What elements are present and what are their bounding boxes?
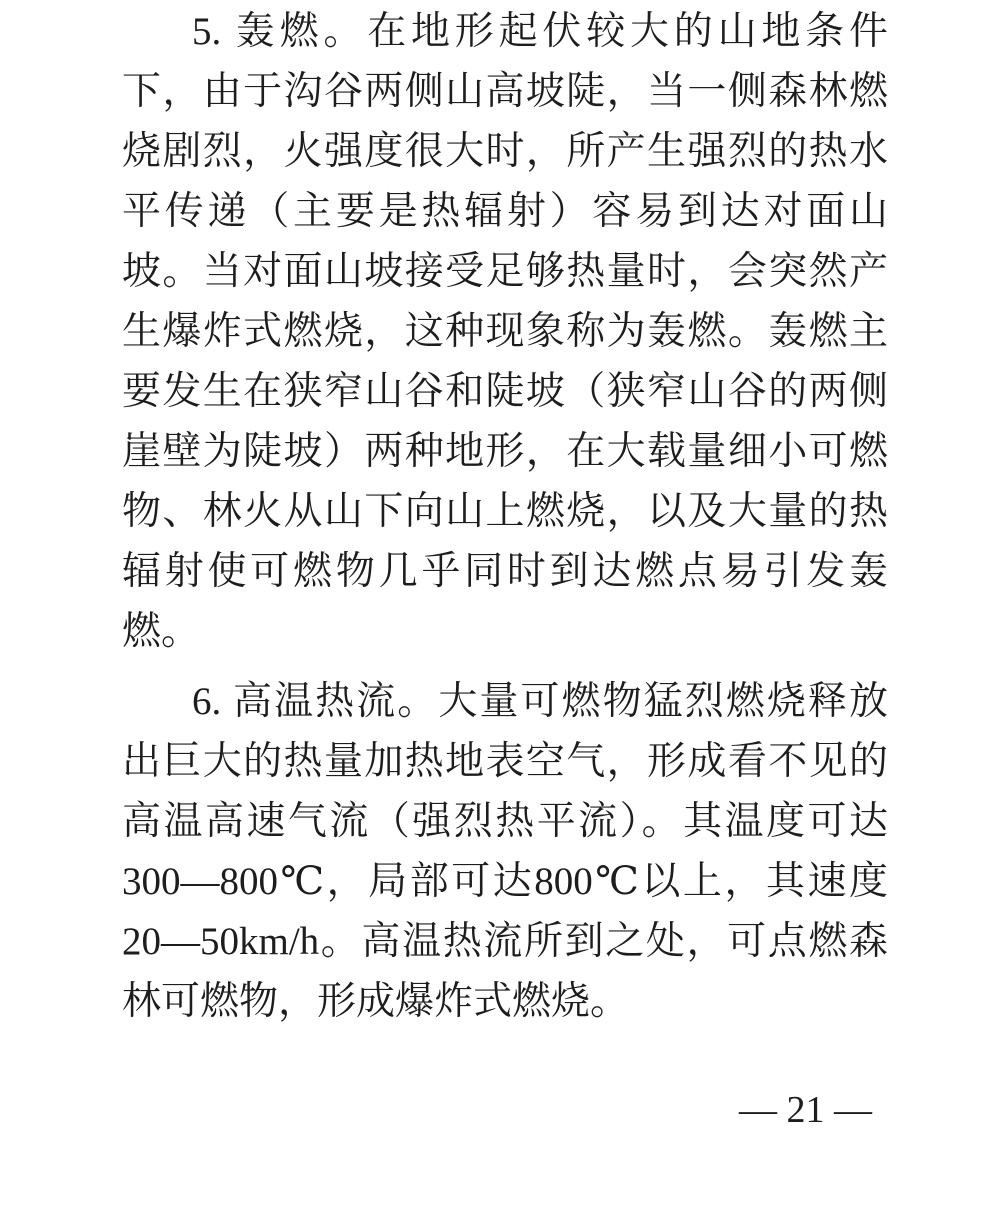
text-line: 出巨大的热量加热地表空气，形成看不见的	[122, 732, 888, 792]
text-line: 崖壁为陡坡）两种地形，在大载量细小可燃	[122, 422, 888, 482]
text-line: 烧剧烈，火强度很大时，所产生强烈的热水	[122, 122, 888, 182]
text-line: 高温高速气流（强烈热平流）。其温度可达	[122, 792, 888, 852]
text-line: 林可燃物，形成爆炸式燃烧。	[122, 972, 888, 1032]
document-page: 5. 轰燃。在地形起伏较大的山地条件下，由于沟谷两侧山高坡陡，当一侧森林燃烧剧烈…	[0, 0, 1000, 1231]
text-line: 5. 轰燃。在地形起伏较大的山地条件	[122, 2, 888, 62]
text-line: 燃。	[122, 602, 888, 662]
text-line: 生爆炸式燃烧，这种现象称为轰燃。轰燃主	[122, 302, 888, 362]
text-line: 平传递（主要是热辐射）容易到达对面山	[122, 182, 888, 242]
text-line: 300—800℃，局部可达800℃以上，其速度达	[122, 852, 888, 912]
text-line: 20—50km/h。高温热流所到之处，可点燃森	[122, 912, 888, 972]
text-line: 物、林火从山下向山上燃烧，以及大量的热	[122, 482, 888, 542]
text-line: 6. 高温热流。大量可燃物猛烈燃烧释放	[122, 672, 888, 732]
page-number: — 21 —	[739, 1089, 872, 1131]
text-line: 下，由于沟谷两侧山高坡陡，当一侧森林燃	[122, 62, 888, 122]
text-line: 要发生在狭窄山谷和陡坡（狭窄山谷的两侧	[122, 362, 888, 422]
paragraph-6-heat-flow: 6. 高温热流。大量可燃物猛烈燃烧释放出巨大的热量加热地表空气，形成看不见的高温…	[122, 672, 888, 1032]
paragraph-5-flashover: 5. 轰燃。在地形起伏较大的山地条件下，由于沟谷两侧山高坡陡，当一侧森林燃烧剧烈…	[122, 2, 888, 662]
text-block: 5. 轰燃。在地形起伏较大的山地条件下，由于沟谷两侧山高坡陡，当一侧森林燃烧剧烈…	[122, 2, 888, 1032]
text-line: 坡。当对面山坡接受足够热量时，会突然产	[122, 242, 888, 302]
page-footer: — 21 —	[122, 1086, 888, 1134]
text-line: 辐射使可燃物几乎同时到达燃点易引发轰	[122, 542, 888, 602]
